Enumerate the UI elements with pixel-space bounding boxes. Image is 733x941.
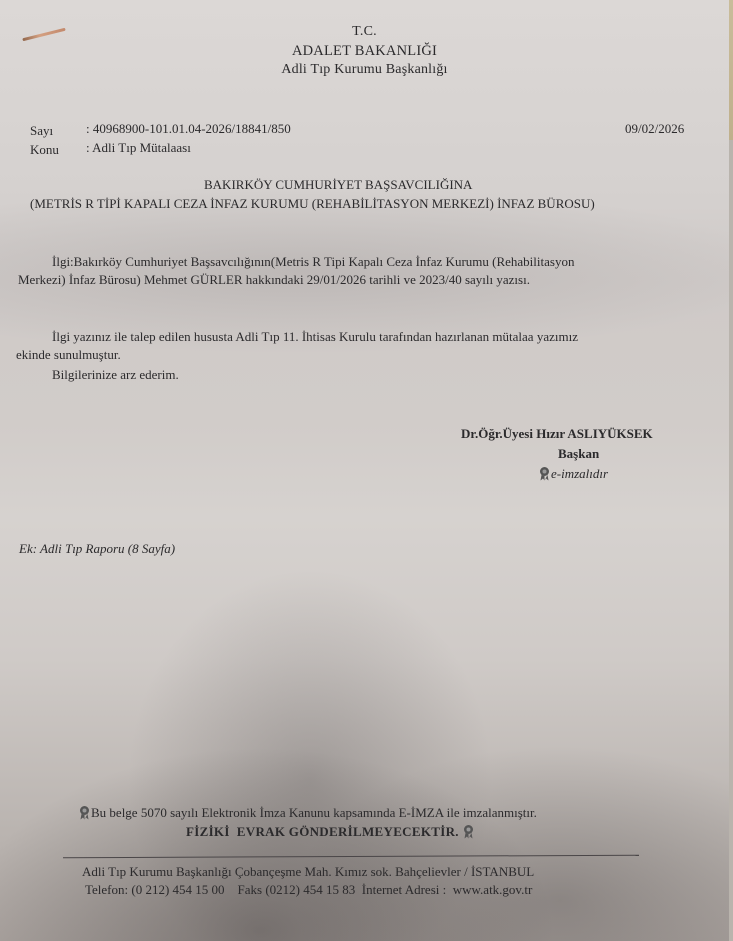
ilgi-line1: İlgi:Bakırköy Cumhuriyet Başsavcılığının… [52, 254, 574, 270]
document-page: T.C. ADALET BAKANLIĞI Adli Tıp Kurumu Ba… [0, 0, 729, 941]
sayi-label: Sayı [30, 123, 53, 139]
no-physical-copy-notice: FİZİKİ EVRAK GÖNDERİLMEYECEKTİR. [186, 824, 475, 840]
konu-value: : Adli Tıp Mütalaası [86, 140, 191, 156]
body-paragraph-line2: ekinde sunulmuştur. [16, 347, 121, 363]
sayi-value: : 40968900-101.01.04-2026/18841/850 [86, 121, 291, 137]
header-tc: T.C. [0, 24, 729, 40]
e-signature-notice-text: Bu belge 5070 sayılı Elektronik İmza Kan… [91, 805, 537, 820]
body-paragraph-line1: İlgi yazınız ile talep edilen hususta Ad… [52, 329, 578, 345]
seal-icon [538, 466, 551, 481]
e-signature-text: e-imzalıdır [551, 466, 608, 481]
seal-icon [462, 824, 475, 839]
attachment-note: Ek: Adli Tıp Raporu (8 Sayfa) [19, 541, 175, 557]
signer-title: Başkan [558, 446, 599, 462]
ilgi-line2: Merkezi) İnfaz Bürosu) Mehmet GÜRLER hak… [18, 272, 530, 288]
footer-contact: Telefon: (0 212) 454 15 00 Faks (0212) 4… [85, 882, 532, 898]
header-ministry: ADALET BAKANLIĞI [0, 43, 729, 60]
document-date: 09/02/2026 [625, 121, 684, 137]
seal-icon [78, 805, 91, 820]
recipient-line1: BAKIRKÖY CUMHURİYET BAŞSAVCILIĞINA [204, 177, 472, 193]
footer-divider [63, 855, 639, 859]
e-signature-mark: e-imzalıdır [538, 466, 608, 482]
closing-line: Bilgilerinize arz ederim. [52, 367, 179, 383]
header-institution: Adli Tıp Kurumu Başkanlığı [0, 62, 729, 78]
signer-name: Dr.Öğr.Üyesi Hızır ASLIYÜKSEK [461, 426, 653, 442]
e-signature-notice: Bu belge 5070 sayılı Elektronik İmza Kan… [78, 805, 537, 821]
recipient-line2: (METRİS R TİPİ KAPALI CEZA İNFAZ KURUMU … [30, 196, 595, 212]
no-physical-copy-text: FİZİKİ EVRAK GÖNDERİLMEYECEKTİR. [186, 824, 459, 839]
konu-label: Konu [30, 142, 59, 158]
footer-address: Adli Tıp Kurumu Başkanlığı Çobançeşme Ma… [82, 864, 534, 880]
